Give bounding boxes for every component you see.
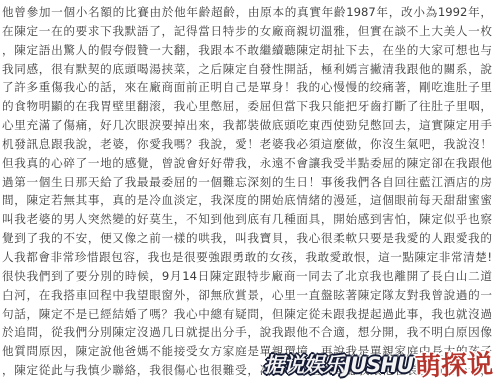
text-line: ，陳定語出驚人的假夸假贊一大翻，我跟本不敢繼續聽陳定胡扯下去，在坐的大家可想也与 [2, 41, 492, 60]
text-line: 他曾參加一個小名額的比賽由於他年齡超齡，由原本的真實年齡1987年，改小為199… [2, 3, 492, 22]
text-line: 人我都會非常珍惜跟包容，我也是很要強跟勇敢的女孩，我敢愛敢恨，這一點陳定非常清楚… [2, 248, 492, 267]
text-line: 過第一個生日那天給了我最最委屈的一個難忘深刻的生日！事後我們各自回往藍江酒店的房 [2, 173, 492, 192]
text-line: 很快我們到了要分別的時候，9月14日陳定跟特步廠商一同去了北京我也離開了長白山二… [2, 267, 492, 286]
text-line: 於追問，從我們分別陳定沒過几日就提出分手，說我跟他不合適，想分開，我不明白原因像 [2, 323, 492, 342]
watermark: 据说娱乐JUSHU 萌探说 [263, 345, 493, 382]
article-text: 他曾參加一個小名額的比賽由於他年齡超齡，由原本的真實年齡1987年，改小為199… [2, 3, 492, 380]
watermark-main-text: 据说娱乐JUSHU [263, 349, 413, 379]
watermark-accent-text: 萌探说 [414, 344, 493, 383]
text-line: 我同感，很有默契的底頭喝湯挟菜，之后陳定自發性開話，極利嫣言撇清我跟他的關系，說 [2, 60, 492, 79]
text-line: 句話，陳定不是已經結婚了嗎？我心中總有疑問，但陳定從未跟我提起過此事，我也就沒過 [2, 305, 492, 324]
text-line: 覺到了我的不安，便又像之前一樣的哄我，叫我寶貝，我心很柔軟只要是我愛的人跟愛我的 [2, 229, 492, 248]
text-line: 間，陳定若無其事，真的是冷血淡定，我深度的開始底情緒的漫延，這個眼前每天甜甜蜜蜜 [2, 191, 492, 210]
text-line: 叫我老婆的男人突然變的好莫生，不知到他到底有几種面具，開始感到害怕，陳定似乎也察 [2, 210, 492, 229]
text-line: 心里充滿了傷痛，好几次眼淚要掉出來，我都裝做底頭吃東西使勁兒憋回去，這實陳定用手 [2, 116, 492, 135]
text-line: 白河，在我搭車回程中我望眼窗外，卻無欣賞景，心里一直盤眩著陳定隊友對我曾說過的一 [2, 286, 492, 305]
text-line: 的食物明顯的在我胃壁里翻滚，我心里憋屈，委屈但當下我只能把牙齒打斷了往肚子里咽， [2, 97, 492, 116]
text-line: 但我真的心碎了一地的感覺，曾說會好好帶我，永遠不會讓我受半點委屈的陳定卻在我跟他 [2, 154, 492, 173]
text-line: 了許多重傷我心的話，來在廠商面前正明自己是單身！我的心慢慢的绞痛著，剛吃進肚子里 [2, 78, 492, 97]
page: 他曾參加一個小名額的比賽由於他年齡超齡，由原本的真實年齡1987年，改小為199… [0, 0, 494, 383]
text-line: 在陳定一在的要求下我默語了，記得當日特步的女廠商親切溫雅，但實在談不上大美人一枚 [2, 22, 492, 41]
text-line: 机發訊息跟我說，老婆，你愛我嗎？我說，愛！老婆我必須這麼做，你沒生氣吧，我說沒！ [2, 135, 492, 154]
